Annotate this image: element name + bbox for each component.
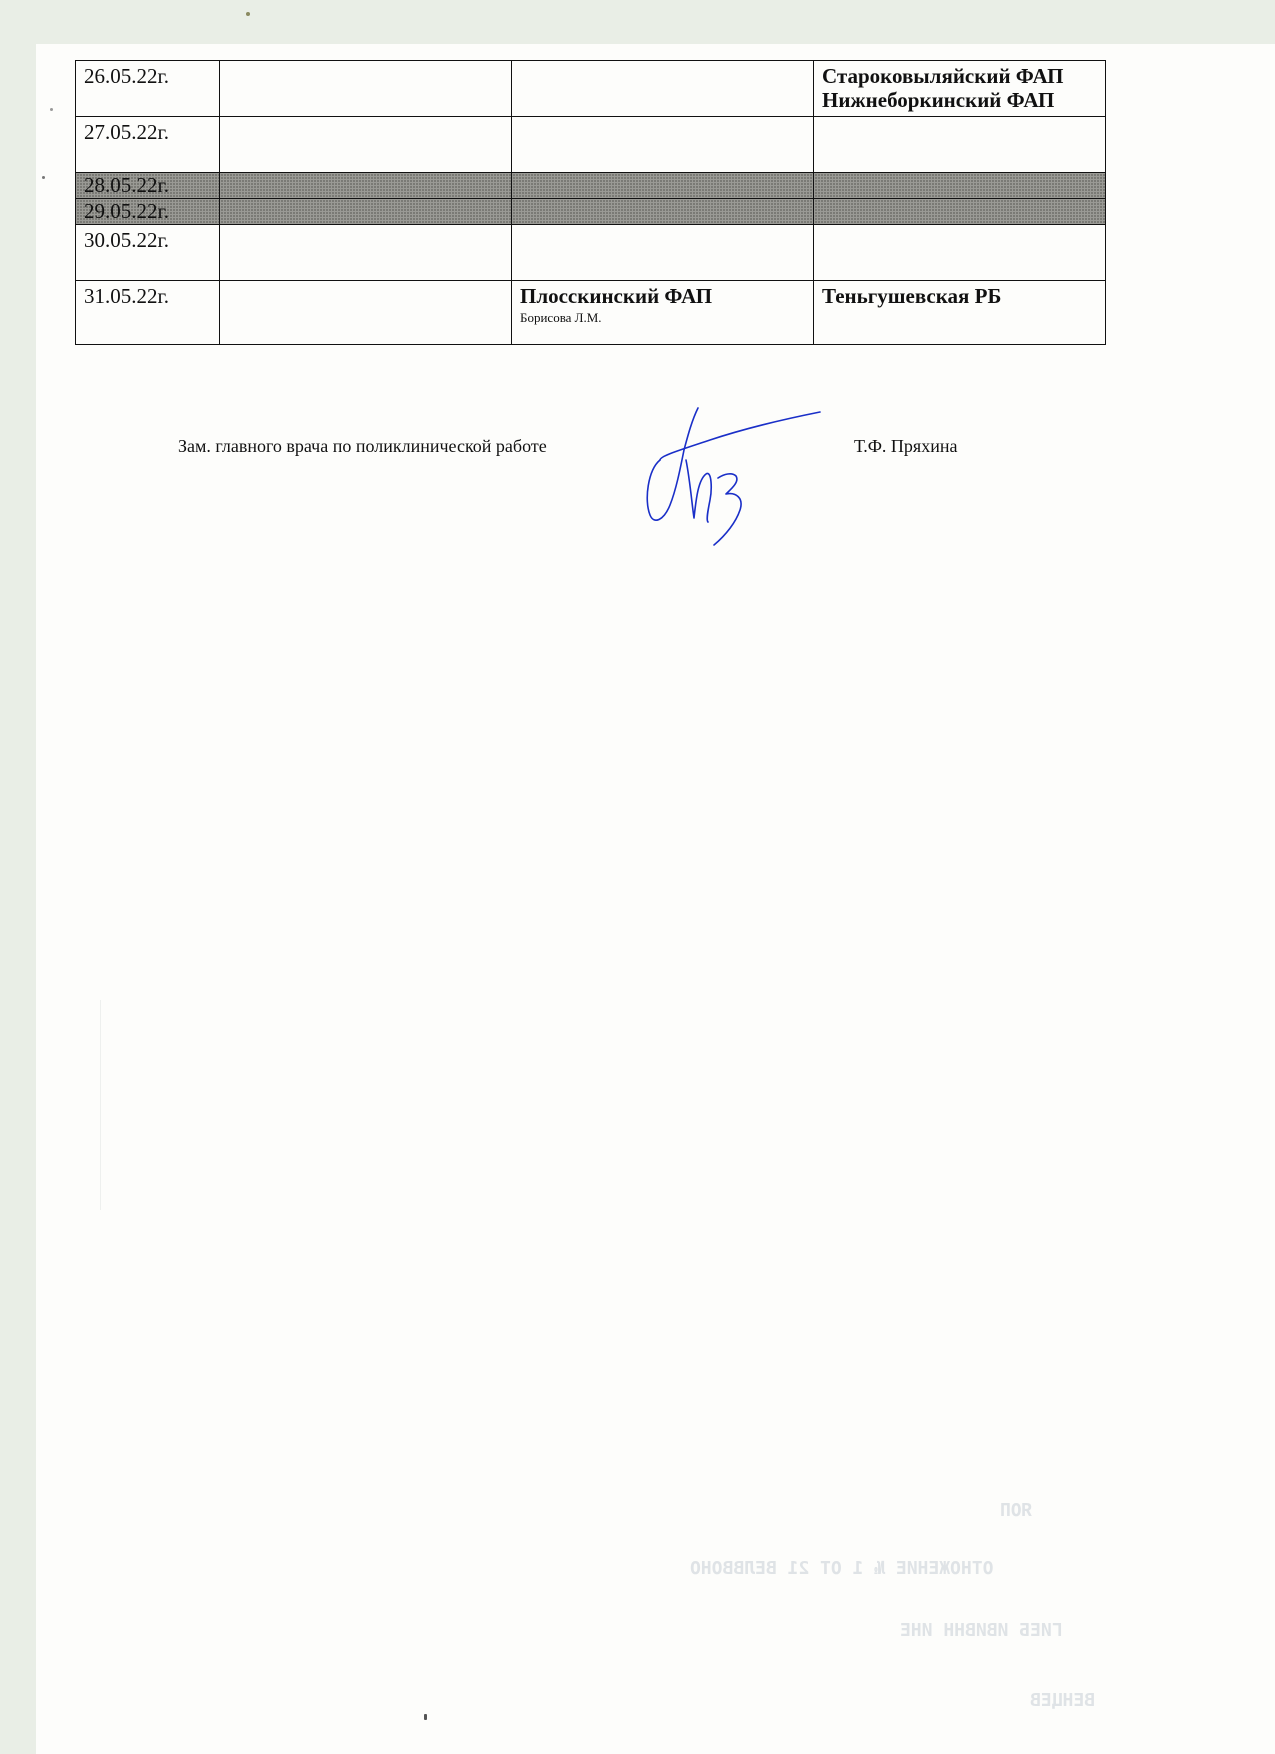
shaded-cell — [512, 173, 814, 199]
empty-cell — [512, 225, 814, 281]
show-through-artifact — [100, 1000, 101, 1210]
table-row-weekend: 29.05.22г. — [76, 199, 1106, 225]
scan-speck — [424, 1714, 427, 1720]
date-cell: 30.05.22г. — [76, 225, 220, 281]
table-row-weekend: 28.05.22г. — [76, 173, 1106, 199]
location-name: Нижнеборкинский ФАП — [822, 88, 1097, 112]
empty-cell — [220, 225, 512, 281]
location-cell: Староковыляйский ФАП Нижнеборкинский ФАП — [814, 61, 1106, 117]
scan-speck — [246, 12, 250, 16]
handwritten-signature-icon — [640, 400, 830, 550]
empty-cell — [220, 117, 512, 173]
empty-cell — [512, 61, 814, 117]
empty-cell — [220, 281, 512, 345]
schedule-table: 26.05.22г. Староковыляйский ФАП Нижнебор… — [75, 60, 1106, 345]
table-row: 31.05.22г. Плосскинский ФАП Борисова Л.М… — [76, 281, 1106, 345]
shaded-cell — [512, 199, 814, 225]
show-through-artifact: ВЕНЦЕВ — [1030, 1690, 1095, 1711]
signatory-role: Зам. главного врача по поликлинической р… — [178, 436, 547, 457]
location-name: Теньгушевская РБ — [822, 284, 1097, 308]
date-cell: 29.05.22г. — [76, 199, 220, 225]
table-row: 27.05.22г. — [76, 117, 1106, 173]
location-cell: Теньгушевская РБ — [814, 281, 1106, 345]
location-name: Плосскинский ФАП — [520, 284, 805, 308]
empty-cell — [814, 117, 1106, 173]
date-cell: 31.05.22г. — [76, 281, 220, 345]
location-name: Староковыляйский ФАП — [822, 64, 1097, 88]
scan-speck — [50, 108, 53, 111]
empty-cell — [512, 117, 814, 173]
date-cell: 26.05.22г. — [76, 61, 220, 117]
table-row: 30.05.22г. — [76, 225, 1106, 281]
location-cell: Плосскинский ФАП Борисова Л.М. — [512, 281, 814, 345]
signatory-name: Т.Ф. Пряхина — [854, 436, 957, 457]
empty-cell — [220, 61, 512, 117]
shaded-cell — [814, 173, 1106, 199]
shaded-cell — [220, 199, 512, 225]
date-cell: 28.05.22г. — [76, 173, 220, 199]
shaded-cell — [814, 199, 1106, 225]
table-row: 26.05.22г. Староковыляйский ФАП Нижнебор… — [76, 61, 1106, 117]
empty-cell — [814, 225, 1106, 281]
shaded-cell — [220, 173, 512, 199]
show-through-artifact: ОТНОЖЕНИЕ № 1 ОТ 21 ВЕЛВВОНО — [690, 1558, 993, 1579]
show-through-artifact: ГИЕБ ИВИВНН ИНЕ — [900, 1620, 1063, 1641]
show-through-artifact: ЯОП — [1000, 1500, 1033, 1521]
scan-speck — [42, 176, 45, 179]
date-cell: 27.05.22г. — [76, 117, 220, 173]
responsible-person: Борисова Л.М. — [520, 310, 805, 326]
